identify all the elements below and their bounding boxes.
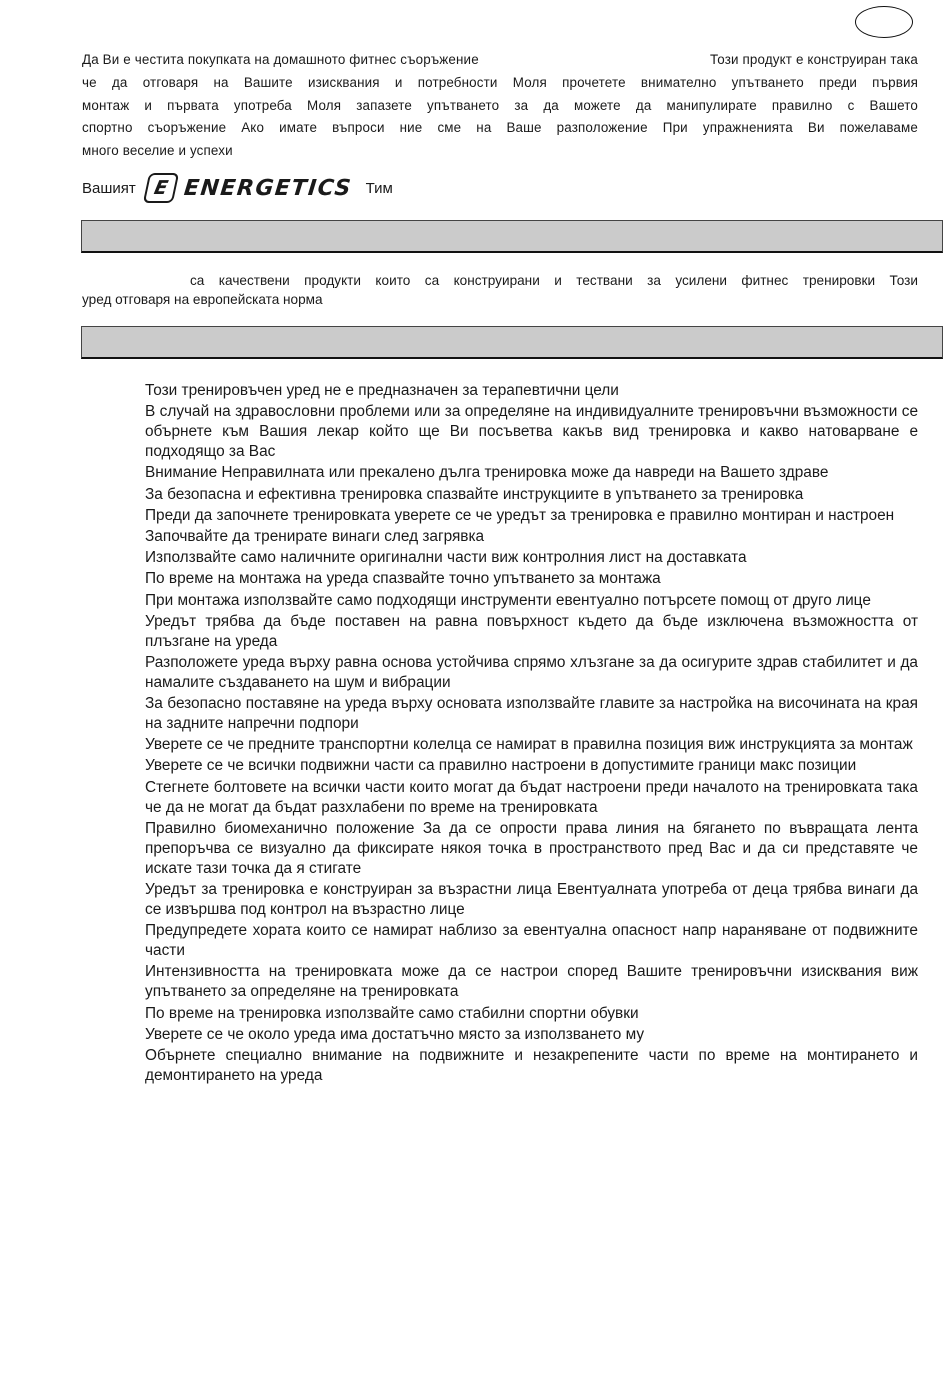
signature: Вашият E ENERGETICS Тим — [82, 170, 393, 206]
language-badge-oval — [855, 6, 913, 38]
safety-item: Уверете се че около уреда има достатъчно… — [145, 1025, 918, 1045]
safety-item: Внимание Неправилната или прекалено дълг… — [145, 463, 918, 483]
safety-item: Използвайте само наличните оригинални ча… — [145, 548, 918, 568]
intro-line-3: монтаж и първата употреба Моля запазете … — [82, 95, 918, 118]
signature-suffix: Тим — [366, 180, 393, 197]
intro-line-5: много веселие и успехи — [82, 140, 918, 163]
quality-line-2: уред отговаря на европейската норма — [82, 290, 918, 309]
safety-item: Уверете се че предните транспортни колел… — [145, 735, 918, 755]
energetics-logo: E ENERGETICS — [146, 173, 352, 203]
signature-prefix: Вашият — [82, 180, 136, 197]
safety-item: Започвайте да тренирате винаги след загр… — [145, 527, 918, 547]
intro-line-1: Да Ви е честита покупката на домашното ф… — [82, 49, 918, 72]
intro-product-statement: Този продукт е конструиран така — [710, 49, 918, 72]
section-header-bar-safety — [81, 326, 943, 359]
quality-paragraph: са качествени продукти които са конструи… — [82, 271, 918, 309]
quality-line-1: са качествени продукти които са конструи… — [82, 271, 918, 290]
safety-item: Интензивността на тренировката може да с… — [145, 962, 918, 1002]
energetics-e-icon: E — [143, 173, 179, 203]
safety-item: Уредът трябва да бъде поставен на равна … — [145, 612, 918, 652]
safety-item: При монтажа използвайте само подходящи и… — [145, 591, 918, 611]
safety-item: За безопасно поставяне на уреда върху ос… — [145, 694, 918, 734]
brand-name: ENERGETICS — [182, 176, 353, 201]
safety-item: По време на тренировка използвайте само … — [145, 1004, 918, 1024]
safety-item: Този тренировъчен уред не е предназначен… — [145, 381, 918, 401]
safety-item: По време на монтажа на уреда спазвайте т… — [145, 569, 918, 589]
intro-line-2: че да отговаря на Вашите изисквания и по… — [82, 72, 918, 95]
safety-item: В случай на здравословни проблеми или за… — [145, 402, 918, 462]
safety-item: Стегнете болтовете на всички части които… — [145, 778, 918, 818]
section-header-bar-quality — [81, 220, 943, 253]
safety-item: Предупредете хората които се намират наб… — [145, 921, 918, 961]
safety-item: Обърнете специално внимание на подвижнит… — [145, 1046, 918, 1086]
safety-item: Преди да започнете тренировката уверете … — [145, 506, 918, 526]
safety-item: Разположете уреда върху равна основа уст… — [145, 653, 918, 693]
safety-item: Уредът за тренировка е конструиран за въ… — [145, 880, 918, 920]
safety-instructions-list: Този тренировъчен уред не е предназначен… — [145, 381, 918, 1087]
intro-paragraph: Да Ви е честита покупката на домашното ф… — [82, 49, 918, 163]
safety-item: Правилно биомеханично положение За да се… — [145, 819, 918, 879]
intro-greeting: Да Ви е честита покупката на домашното ф… — [82, 49, 479, 72]
safety-item: Уверете се че всички подвижни части са п… — [145, 756, 918, 776]
intro-line-4: спортно съоръжение Ако имате въпроси ние… — [82, 117, 918, 140]
safety-item: За безопасна и ефективна тренировка спаз… — [145, 485, 918, 505]
